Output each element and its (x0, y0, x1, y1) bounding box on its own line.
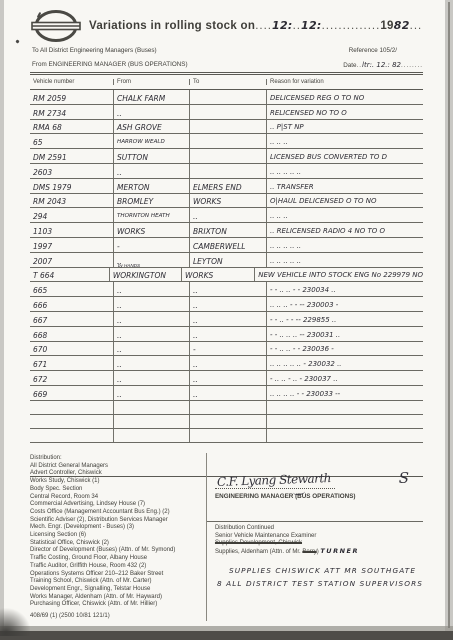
table-row: 2603.. .. .. .. .. .. (30, 164, 423, 179)
handwritten-to: WORKS (185, 271, 213, 280)
to-line: To All District Engineering Managers (Bu… (32, 47, 157, 54)
handwritten-year: 82 (394, 19, 410, 32)
table-header: Vehicle number From To Reason for variat… (30, 75, 423, 90)
from-cell: SUTTON (114, 149, 190, 163)
to-cell (190, 105, 267, 119)
handwritten-from: MERTON (117, 183, 150, 192)
distribution-item: Traffic Costing, Ground Floor, Albany Ho… (30, 555, 206, 563)
from-cell: HARROW WEALD (114, 134, 190, 148)
vehicle-number-cell: 669 (30, 386, 114, 400)
distribution-item: Licensing Section (6) (30, 532, 206, 540)
handwritten-note: 8 ALL DISTRICT TEST STATION SUPERVISORS (215, 577, 423, 590)
from-cell: .. (114, 327, 190, 341)
handwritten-to: ELMERS END (193, 183, 242, 192)
handwritten-reason: .. P|ST NP (270, 123, 304, 132)
handwritten-annotation: by HANDS (118, 263, 140, 268)
handwritten-vehicle-number: RM 2043 (33, 197, 66, 206)
table-row: 669.... .. .. .. .. - - 230033 -- (30, 386, 423, 401)
empty-cell (30, 401, 114, 414)
distribution-item: Scientific Adviser (2), Distribution Ser… (30, 517, 206, 525)
to-cell: WORKS (182, 268, 255, 282)
vehicle-number-cell: RM 2059 (30, 90, 114, 104)
from-cell: .. (114, 342, 190, 356)
distribution-item: Training School, Chiswick (Attn. of Mr. … (30, 578, 206, 586)
reason-cell: .. TRANSFER (267, 179, 423, 193)
to-cell: .. (190, 208, 267, 222)
handwritten-date: ltr:. 12.: 82 (362, 61, 401, 69)
handwritten-reason: - .. .. - .. - 230037 .. (270, 375, 338, 384)
title-text: Variations in rolling stock on (89, 20, 255, 32)
handwritten-vehicle-number: DMS 1979 (33, 183, 71, 192)
distribution-item: Commercial Advertising, Lindsey House (7… (30, 501, 206, 509)
handwritten-to: LEYTON (193, 257, 223, 266)
vehicle-number-cell: RM 2734 (30, 105, 114, 119)
from-cell: by HANDSWORKINGTON (110, 268, 182, 282)
table-row: RMA 68ASH GROVE .. P|ST NP (30, 120, 423, 135)
date-label: Date (343, 62, 356, 69)
distribution-item: Costs Office (Management Accountant Bus … (30, 509, 206, 517)
handwritten-reason: LICENSED BUS CONVERTED TO D (270, 153, 387, 162)
table-row: 1997-CAMBERWELL .. .. .. .. .. (30, 238, 423, 253)
table-row: RM 2734..RELICENSED NO TO O (30, 105, 423, 120)
handwritten-day: 12: (272, 19, 293, 32)
reason-cell: LICENSED BUS CONVERTED TO D (267, 149, 423, 163)
reason-cell: .. .. .. (267, 134, 423, 148)
empty-cell (267, 415, 423, 428)
handwritten-to: CAMBERWELL (193, 242, 245, 251)
vehicle-number-cell: 666 (30, 297, 114, 311)
vehicle-number-cell: 294 (30, 208, 114, 222)
distribution-continued-item: Senior Vehicle Maintenance Examiner (215, 533, 423, 541)
handwritten-reason: .. RELICENSED RADIO 4 NO TO O (270, 227, 385, 236)
distribution-item: Central Record, Room 34 (30, 494, 206, 502)
handwritten-note: SUPPLIES CHISWICK ATT MR SOUTHGATE (215, 564, 423, 577)
signature-line (215, 488, 335, 489)
table-empty-row (30, 415, 423, 429)
from-cell: .. (114, 356, 190, 370)
vehicle-number-cell: DM 2591 (30, 149, 114, 163)
to-cell: CAMBERWELL (190, 238, 267, 252)
col-to: To (190, 79, 267, 85)
to-cell: BRIXTON (190, 223, 267, 237)
handwritten-from: SUTTON (117, 153, 148, 162)
handwritten-reason: .. .. .. .. - - 230033 -- (270, 390, 340, 399)
dotted-leader: .............. (322, 20, 381, 32)
from-cell: WORKS (114, 223, 190, 237)
handwritten-reason: - - .. .. - - 230036 - (270, 345, 334, 354)
table-row: 294THORNTON HEATH.. .. .. .. (30, 208, 423, 223)
table-row: DMS 1979MERTONELMERS END .. TRANSFER (30, 179, 423, 194)
reason-cell: .. P|ST NP (267, 120, 423, 134)
distribution-continued-item: Supplies, Aldenham (Attn. of Mr. Berry) … (215, 548, 423, 557)
distribution-item: Advert Controller, Chiswick (30, 470, 206, 478)
signature-column: C.F. Lyang Stewarth S ENGINEERING MANAGE… (206, 453, 423, 621)
handwritten-vehicle-number: 1103 (33, 227, 52, 236)
from-cell: .. (114, 105, 190, 119)
distribution-continued-items: Senior Vehicle Maintenance ExaminerSuppl… (215, 533, 423, 557)
reason-cell: .. .. .. .. .. - 230032 .. (267, 356, 423, 370)
empty-cell (267, 401, 423, 414)
table-row: DM 2591SUTTONLICENSED BUS CONVERTED TO D (30, 149, 423, 164)
handwritten-to: .. (193, 286, 198, 295)
handwritten-from: .. (117, 345, 122, 354)
scan-edge-shadow (0, 631, 453, 640)
vehicle-number-cell: 671 (30, 356, 114, 370)
vehicle-number-cell: RM 2043 (30, 194, 114, 208)
form-print-code: 408/69 (1) (2500 10/81 121/1) (30, 613, 206, 621)
handwritten-reason: - - .. .. .. -- 230031 .. (270, 331, 340, 340)
empty-cell (267, 429, 423, 442)
handwritten-from: - (117, 242, 120, 251)
reason-cell: .. .. .. .. - - 230033 -- (267, 386, 423, 400)
table-row: 671.... .. .. .. .. .. - 230032 .. (30, 356, 423, 371)
vehicle-number-cell: 665 (30, 282, 114, 296)
handwritten-vehicle-number: 670 (33, 345, 47, 354)
handwritten-vehicle-number: DM 2591 (33, 153, 67, 162)
empty-cell (30, 415, 114, 428)
handwritten-to: - (193, 345, 196, 354)
table-empty-row (30, 401, 423, 415)
empty-cell (190, 401, 267, 414)
reason-cell: RELICENSED NO TO O (267, 105, 423, 119)
to-cell (190, 90, 267, 104)
distribution-continued-item: Supplies Development, Chiswick (215, 540, 423, 548)
from-cell: .. (114, 386, 190, 400)
handwritten-from: HARROW WEALD (117, 138, 165, 147)
handwritten-vehicle-number: 667 (33, 316, 47, 325)
table-row: 2007..LEYTON .. .. .. .. .. (30, 253, 423, 268)
handwritten-signature: C.F. Lyang Stewarth (217, 471, 331, 489)
handwritten-month: 12: (301, 19, 322, 32)
handwritten-from: .. (117, 301, 122, 310)
handwritten-vehicle-number: 1997 (33, 242, 52, 251)
to-cell (190, 149, 267, 163)
to-cell: .. (190, 297, 267, 311)
handwritten-from: .. (117, 390, 122, 399)
to-cell: .. (190, 327, 267, 341)
table-empty-row (30, 429, 423, 443)
empty-cell (30, 429, 114, 442)
scan-corner-smudge (0, 606, 30, 636)
vehicle-number-cell: 2007 (30, 253, 114, 267)
to-cell: .. (190, 386, 267, 400)
scan-edge-shadow (448, 2, 450, 628)
distribution-item: All District General Managers (30, 463, 206, 471)
table-row: RM 2043BROMLEYWORKSO|HAUL DELICENSED O T… (30, 194, 423, 209)
dotted-leader: ... (410, 20, 423, 32)
from-cell: MERTON (114, 179, 190, 193)
table-row: RM 2059CHALK FARMDELICENSED REG O TO NO (30, 90, 423, 105)
handwritten-from: .. (117, 109, 122, 118)
handwritten-vehicle-number: 294 (33, 212, 47, 221)
handwritten-vehicle-number: 666 (33, 301, 47, 310)
vehicle-number-cell: 1997 (30, 238, 114, 252)
handwritten-vehicle-number: 2603 (33, 168, 52, 177)
empty-cell (190, 415, 267, 428)
handwritten-reason: - - .. - - -- 229855 .. (270, 316, 336, 325)
printed-year-prefix: 19 (380, 20, 393, 32)
from-cell: .. (114, 164, 190, 178)
to-cell: .. (190, 282, 267, 296)
reason-cell: .. .. .. .. .. (267, 253, 423, 267)
handwritten-reason: .. .. .. .. .. (270, 242, 301, 251)
page-title: Variations in rolling stock on....12:..1… (89, 19, 422, 32)
reason-cell: - - .. .. - - 230034 .. (267, 282, 423, 296)
table-row: 65HARROW WEALD .. .. .. (30, 134, 423, 149)
handwritten-reason: O|HAUL DELICENSED O TO NO (270, 197, 376, 206)
signatory-title: ENGINEERING MANAGER (BUS OPERATIONS) (215, 493, 356, 500)
to-cell: WORKS (190, 194, 267, 208)
handwritten-vehicle-number: RM 2734 (33, 109, 66, 118)
reason-cell: .. RELICENSED RADIO 4 NO TO O (267, 223, 423, 237)
handwritten-reason: - - .. .. - - 230034 .. (270, 286, 336, 295)
handwritten-reason: .. .. .. (270, 212, 288, 221)
table-row: 667.... - - .. - - -- 229855 .. (30, 312, 423, 327)
to-cell: ELMERS END (190, 179, 267, 193)
from-cell: ASH GROVE (114, 120, 190, 134)
handwritten-to: .. (193, 316, 198, 325)
handwritten-reason: .. .. .. - - -- 230003 - (270, 301, 338, 310)
handwritten-correction: TURNER (320, 547, 359, 555)
dotted-leader: .... (255, 20, 272, 32)
rolling-stock-table: Vehicle number From To Reason for variat… (30, 72, 423, 477)
distribution-list: Distribution: All District General Manag… (30, 453, 206, 621)
from-line: From ENGINEERING MANAGER (BUS OPERATIONS… (32, 61, 188, 69)
to-cell: .. (190, 356, 267, 370)
handwritten-to: .. (193, 301, 198, 310)
col-reason: Reason for variation (267, 79, 423, 85)
vehicle-number-cell: DMS 1979 (30, 179, 114, 193)
handwritten-vehicle-number: T 664 (33, 271, 54, 280)
from-cell: BROMLEY (114, 194, 190, 208)
reason-cell: .. .. .. .. .. (267, 164, 423, 178)
handwritten-from: .. (117, 360, 122, 369)
handwritten-to: WORKS (193, 197, 221, 206)
handwritten-to: BRIXTON (193, 227, 227, 236)
handwritten-from: BROMLEY (117, 197, 153, 206)
table-row: 666.... .. .. .. - - -- 230003 - (30, 297, 423, 312)
dotted-leader: .. (293, 20, 301, 32)
handwritten-reason: RELICENSED NO TO O (270, 109, 347, 118)
from-cell: .. (114, 282, 190, 296)
vehicle-number-cell: RMA 68 (30, 120, 114, 134)
handwritten-vehicle-number: 671 (33, 360, 47, 369)
handwritten-from: .. (117, 286, 122, 295)
distribution-item: Works Study, Chiswick (1) (30, 478, 206, 486)
london-transport-roundel-icon (30, 8, 82, 49)
handwritten-to: .. (193, 390, 198, 399)
handwritten-reason: .. .. .. (270, 138, 288, 147)
bottom-section: Distribution: All District General Manag… (30, 453, 423, 621)
vehicle-number-cell: T 664 (30, 268, 110, 282)
reference-number: Reference 105/2/ (349, 47, 397, 54)
item-text: Supplies, Aldenham (Attn. of Mr. (215, 549, 302, 555)
reason-cell: - - .. - - -- 229855 .. (267, 312, 423, 326)
handwritten-from: .. (117, 168, 122, 177)
handwritten-to: .. (193, 331, 198, 340)
handwritten-reason: .. .. .. .. .. (270, 168, 301, 177)
distribution-item: Mech. Engr. (Development - Buses) (3) (30, 524, 206, 532)
handwritten-vehicle-number: 669 (33, 390, 47, 399)
to-cell: - (190, 342, 267, 356)
reason-cell: DELICENSED REG O TO NO (267, 90, 423, 104)
empty-cell (114, 415, 190, 428)
date-line: Date..ltr:. 12.: 82........ (343, 61, 423, 69)
handwritten-vehicle-number: 665 (33, 286, 47, 295)
from-cell: .. (114, 371, 190, 385)
handwritten-to: .. (193, 375, 198, 384)
to-cell (190, 134, 267, 148)
table-body: RM 2059CHALK FARMDELICENSED REG O TO NOR… (30, 90, 423, 443)
vehicle-number-cell: 672 (30, 371, 114, 385)
vehicle-number-cell: 1103 (30, 223, 114, 237)
to-cell (190, 164, 267, 178)
table-row: 668.... - - .. .. .. -- 230031 .. (30, 327, 423, 342)
handwritten-from: .. (117, 331, 122, 340)
distribution-continued: Distribution Continued Senior Vehicle Ma… (207, 521, 423, 590)
reason-cell: - .. .. - .. - 230037 .. (267, 371, 423, 385)
reason-cell: .. .. .. (267, 208, 423, 222)
to-cell: .. (190, 371, 267, 385)
reason-cell: NEW VEHICLE INTO STOCK ENG No 229979 NO (255, 268, 423, 282)
col-from: From (114, 79, 190, 85)
struck-text: Berry (302, 549, 316, 555)
empty-cell (114, 429, 190, 442)
to-cell: .. (190, 312, 267, 326)
handwritten-reason: NEW VEHICLE INTO STOCK ENG No 229979 NO (258, 271, 423, 280)
distribution-items: All District General ManagersAdvert Cont… (30, 463, 206, 609)
handwritten-vehicle-number: 2007 (33, 257, 52, 266)
handwritten-to: .. (193, 360, 198, 369)
handwritten-vehicle-number: 668 (33, 331, 47, 340)
handwritten-reason: .. .. .. .. .. (270, 257, 301, 266)
vehicle-number-cell: 670 (30, 342, 114, 356)
handwritten-from: CHALK FARM (117, 94, 165, 103)
from-cell: THORNTON HEATH (114, 208, 190, 222)
handwritten-vehicle-number: RMA 68 (33, 123, 62, 132)
handwritten-vehicle-number: 65 (33, 138, 43, 147)
handwritten-from: .. (117, 316, 122, 325)
handwritten-from: ASH GROVE (117, 123, 162, 132)
header-row-to: To All District Engineering Managers (Bu… (32, 47, 397, 54)
to-cell (190, 120, 267, 134)
distribution-item: Statistical Office, Chiswick (2) (30, 540, 206, 548)
scanned-document-page: Variations in rolling stock on....12:..1… (4, 0, 445, 632)
handwritten-notes: SUPPLIES CHISWICK ATT MR SOUTHGATE8 ALL … (215, 564, 423, 590)
handwritten-vehicle-number: 672 (33, 375, 47, 384)
header-row-from: From ENGINEERING MANAGER (BUS OPERATIONS… (32, 61, 423, 69)
handwritten-reason: DELICENSED REG O TO NO (270, 94, 364, 103)
item-text: ) (317, 549, 319, 555)
distribution-item: Body Spec. Section (30, 486, 206, 494)
handwritten-from: .. (117, 375, 122, 384)
distribution-item: Director of Development (Buses) (Attn. o… (30, 547, 206, 555)
item-text: Senior Vehicle Maintenance Examiner (215, 533, 316, 539)
handwritten-from: THORNTON HEATH (117, 212, 170, 221)
col-vehicle-number: Vehicle number (30, 79, 114, 85)
from-cell: .. (114, 312, 190, 326)
table-row: 1103WORKSBRIXTON .. RELICENSED RADIO 4 N… (30, 223, 423, 238)
vehicle-number-cell: 667 (30, 312, 114, 326)
distribution-heading: Distribution: (30, 455, 206, 463)
reason-cell: - - .. .. - - 230036 - (267, 342, 423, 356)
vehicle-number-cell: 65 (30, 134, 114, 148)
handwritten-from: WORKINGTON (113, 271, 166, 280)
distribution-item: Purchasing Officer, Chiswick (Attn. of M… (30, 601, 206, 609)
from-cell: - (114, 238, 190, 252)
handwritten-reason: .. TRANSFER (270, 183, 314, 192)
from-cell: .. (114, 297, 190, 311)
empty-cell (190, 429, 267, 442)
reason-cell: .. .. .. .. .. (267, 238, 423, 252)
reason-cell: - - .. .. .. -- 230031 .. (267, 327, 423, 341)
struck-text: Supplies Development, Chiswick (215, 540, 302, 546)
distribution-continued-heading: Distribution Continued (215, 525, 423, 533)
signature-block: C.F. Lyang Stewarth S ENGINEERING MANAGE… (215, 453, 423, 521)
pen-mark (15, 39, 19, 43)
table-row: T 664by HANDSWORKINGTONWORKSNEW VEHICLE … (30, 268, 423, 283)
handwritten-reason: .. .. .. .. .. - 230032 .. (270, 360, 342, 369)
distribution-item: Traffic Auditor, Griffith House, Room 43… (30, 563, 206, 571)
table-row: 670..- - - .. .. - - 230036 - (30, 342, 423, 357)
from-cell: CHALK FARM (114, 90, 190, 104)
handwritten-vehicle-number: RM 2059 (33, 94, 66, 103)
dotted-leader: ........ (401, 62, 423, 69)
vehicle-number-cell: 2603 (30, 164, 114, 178)
handwritten-to: .. (193, 212, 198, 221)
handwritten-from: WORKS (117, 227, 145, 236)
to-cell: LEYTON (190, 253, 267, 267)
handwritten-mark: S (399, 469, 409, 487)
distribution-item: Works Manager, Aldenham (Attn. of Mr. Ha… (30, 594, 206, 602)
table-row: 665.... - - .. .. - - 230034 .. (30, 282, 423, 297)
reason-cell: O|HAUL DELICENSED O TO NO (267, 194, 423, 208)
vehicle-number-cell: 668 (30, 327, 114, 341)
distribution-item: Development Engr., Signalling, Telstar H… (30, 586, 206, 594)
reason-cell: .. .. .. - - -- 230003 - (267, 297, 423, 311)
distribution-item: Operations Systems Officer 210–212 Baker… (30, 571, 206, 579)
empty-cell (114, 401, 190, 414)
table-row: 672.... - .. .. - .. - 230037 .. (30, 371, 423, 386)
